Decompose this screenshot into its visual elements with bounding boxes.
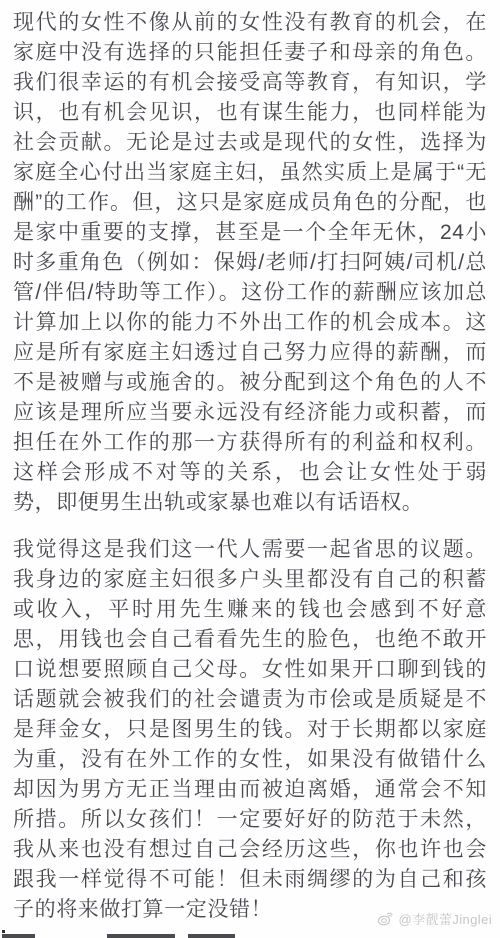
- clipped-next-line-tops: [2, 934, 235, 938]
- clipped-bullet-dot: [2, 930, 5, 933]
- post-paragraph-1: 现代的女性不像从前的女性没有教育的机会，在家庭中没有选择的只能担任妻子和母亲的角…: [13, 8, 487, 518]
- weibo-icon: [375, 909, 394, 928]
- post-text: 现代的女性不像从前的女性没有教育的机会，在家庭中没有选择的只能担任妻子和母亲的角…: [0, 0, 500, 925]
- watermark-handle: @李靓蕾Jinglei: [399, 909, 492, 928]
- watermark: @李靓蕾Jinglei: [377, 909, 492, 928]
- post-paragraph-2: 我觉得这是我们这一代人需要一起省思的议题。我身边的家庭主妇很多户头里都没有自己的…: [13, 535, 487, 925]
- post-page: 现代的女性不像从前的女性没有教育的机会，在家庭中没有选择的只能担任妻子和母亲的角…: [0, 0, 500, 938]
